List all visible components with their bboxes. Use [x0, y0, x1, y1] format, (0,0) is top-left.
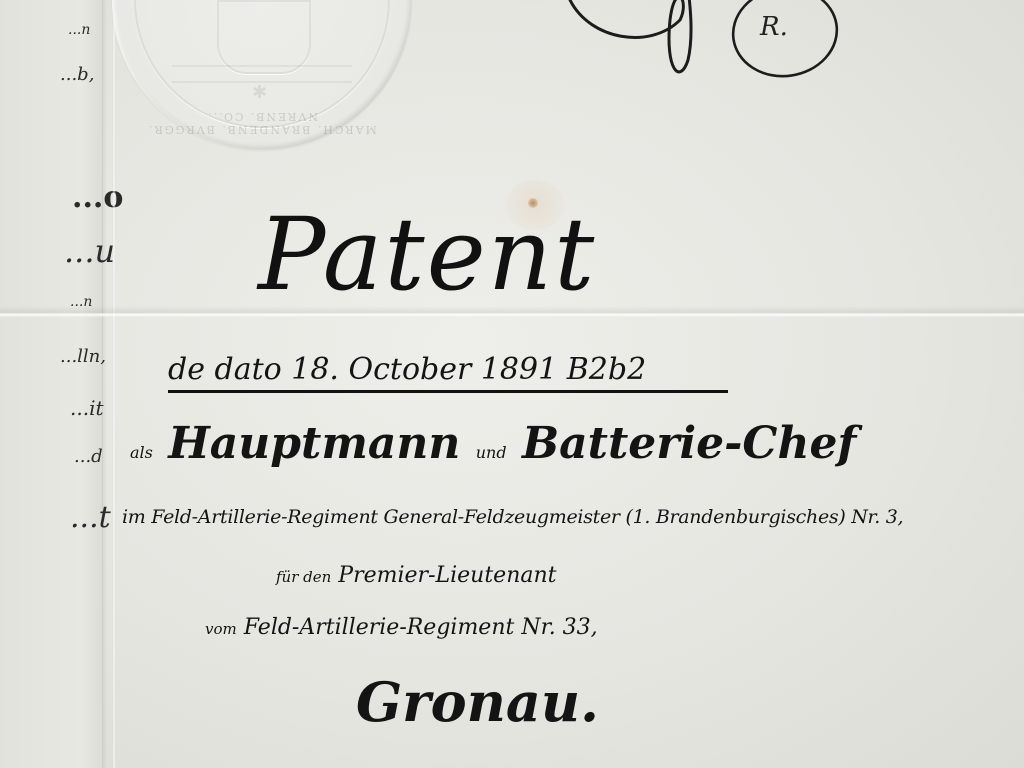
- date-reference: B2b2: [567, 352, 646, 387]
- rank-title: Hauptmann: [168, 418, 460, 469]
- rank-prefix: als: [130, 443, 153, 462]
- left-fragment: ...d: [74, 446, 103, 467]
- former-rank-prefix: für den: [276, 568, 331, 586]
- embossed-seal: ✱ MARCH. BRANDENB. BVRGGR. NVRENB. CO...: [112, 0, 412, 150]
- former-rank-line: für den Premier-Lieutenant: [276, 563, 557, 588]
- left-fragment: ...lln,: [60, 346, 106, 367]
- former-regiment: Feld-Artillerie-Regiment: [244, 615, 515, 640]
- date-line: de dato 18. October 1891 B2b2: [168, 352, 728, 393]
- signature: R.: [560, 0, 860, 80]
- former-rank: Premier-Lieutenant: [338, 563, 556, 588]
- document-photo: ...n ...b, ...o ...u ...n ...lln, ...it …: [0, 0, 1024, 768]
- seal-legend: MARCH. BRANDENB. BVRGGR. NVRENB. CO...: [112, 110, 412, 136]
- document-title: Patent: [258, 196, 596, 313]
- signature-initial: R.: [760, 12, 788, 42]
- seal-star-icon: ✱: [252, 82, 267, 103]
- date-prefix: de dato: [168, 352, 282, 387]
- seal-coat-of-arms: [217, 0, 311, 74]
- left-fragment: ...n: [68, 22, 90, 38]
- former-regiment-number: Nr. 33,: [521, 615, 597, 640]
- rank-conjunction: und: [476, 443, 507, 462]
- rank-line: als Hauptmann und Batterie-Chef: [130, 418, 856, 469]
- left-fragment: ...b,: [60, 64, 94, 85]
- rank-position: Batterie-Chef: [522, 418, 856, 469]
- former-regiment-line: vom Feld-Artillerie-Regiment Nr. 33,: [205, 615, 598, 640]
- regiment-line: im Feld-Artillerie-Regiment General-Feld…: [122, 506, 903, 528]
- left-fragment: ...u: [64, 232, 115, 270]
- officer-name: Gronau.: [356, 670, 599, 734]
- seal-base: [172, 65, 352, 83]
- left-fragment: ...it: [70, 396, 104, 420]
- date-value: 18. October 1891: [291, 352, 557, 387]
- signature-flourish-icon: [560, 0, 860, 80]
- former-regiment-prefix: vom: [205, 620, 237, 638]
- left-underlying-sheet: ...n ...b, ...o ...u ...n ...lln, ...it …: [0, 0, 103, 768]
- left-fragment: ...t: [70, 500, 111, 535]
